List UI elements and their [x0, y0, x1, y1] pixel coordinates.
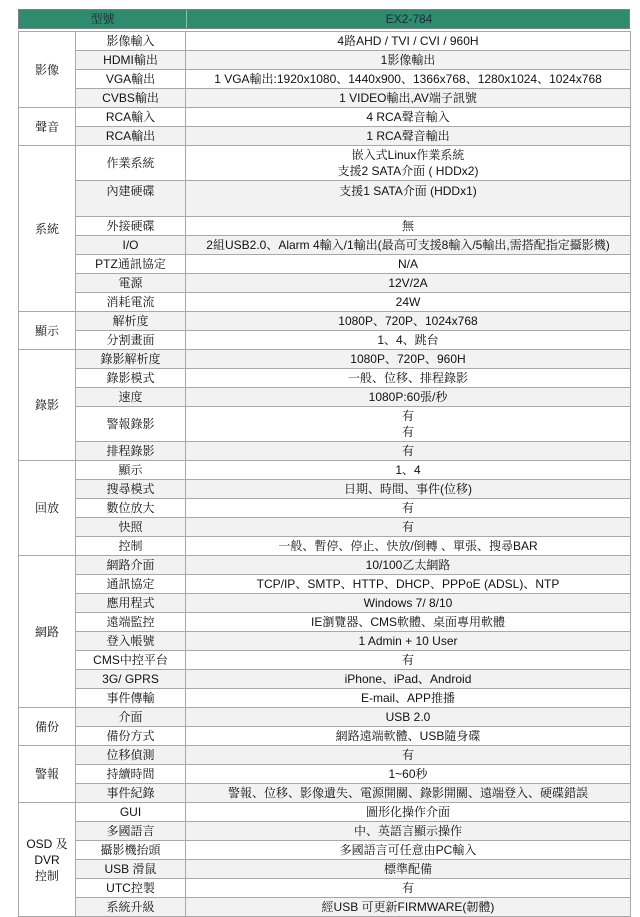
spec-value: E-mail、APP推播	[186, 689, 631, 708]
spec-value: 網路遠端軟體、USB隨身碟	[186, 727, 631, 746]
spec-value: 1~60秒	[186, 765, 631, 784]
spec-row: RCA輸出1 RCA聲音輸出	[19, 127, 631, 146]
spec-value: USB 2.0	[186, 708, 631, 727]
spec-label: 影像輸入	[76, 32, 186, 51]
spec-row: HDMI輸出1影像輸出	[19, 51, 631, 70]
spec-label: 電源	[76, 274, 186, 293]
category-cell: 回放	[19, 461, 76, 556]
spec-value: 一般、暫停、停止、快放/倒轉 、單張、搜尋BAR	[186, 537, 631, 556]
spec-label: 搜尋模式	[76, 480, 186, 499]
spec-value: 多國語言可任意由PC輸入	[186, 841, 631, 860]
spec-value: 一般、位移、排程錄影	[186, 369, 631, 388]
spec-value: 有有	[186, 407, 631, 442]
spec-value: 12V/2A	[186, 274, 631, 293]
spec-label: 事件傳輸	[76, 689, 186, 708]
spec-row: 警報錄影有有	[19, 407, 631, 442]
spec-value: N/A	[186, 255, 631, 274]
spec-value: 有	[186, 651, 631, 670]
spec-row: UTC控製有	[19, 879, 631, 898]
spec-value: 2組USB2.0、Alarm 4輸入/1輸出(最高可支援8輸入/5輸出,需搭配指…	[186, 236, 631, 255]
spec-row: 登入帳號1 Admin + 10 User	[19, 632, 631, 651]
spec-label: UTC控製	[76, 879, 186, 898]
spec-row: 消耗電流24W	[19, 293, 631, 312]
spec-value: 1 RCA聲音輸出	[186, 127, 631, 146]
spec-row: 多國語言中、英語言顯示操作	[19, 822, 631, 841]
spec-row: 備份介面USB 2.0	[19, 708, 631, 727]
spec-row: 顯示解析度1080P、720P、1024x768	[19, 312, 631, 331]
spec-label: 事件紀錄	[76, 784, 186, 803]
spec-value: 中、英語言顯示操作	[186, 822, 631, 841]
spec-label: 解析度	[76, 312, 186, 331]
spec-row: 搜尋模式日期、時間、事件(位移)	[19, 480, 631, 499]
spec-label: CMS中控平台	[76, 651, 186, 670]
model-label: 型號	[19, 10, 186, 28]
spec-value: 標準配備	[186, 860, 631, 879]
spec-row: OSD 及 DVR控制GUI圖形化操作介面	[19, 803, 631, 822]
spec-value: 警報、位移、影像遺失、電源開關、錄影開關、遠端登入、硬碟錯誤	[186, 784, 631, 803]
spec-label: 攝影機抬頭	[76, 841, 186, 860]
spec-row: 系統升級經USB 可更新FIRMWARE(韌體)	[19, 898, 631, 917]
spec-label: CVBS輸出	[76, 89, 186, 108]
spec-value: 4 RCA聲音輸入	[186, 108, 631, 127]
spec-label: 分割畫面	[76, 331, 186, 350]
spec-row: 外接硬碟無	[19, 217, 631, 236]
spec-row: 攝影機抬頭多國語言可任意由PC輸入	[19, 841, 631, 860]
spec-value: IE瀏覽器、CMS軟體、桌面專用軟體	[186, 613, 631, 632]
spec-label: RCA輸入	[76, 108, 186, 127]
spec-label: I/O	[76, 236, 186, 255]
spec-value: 有	[186, 442, 631, 461]
spec-label: RCA輸出	[76, 127, 186, 146]
category-cell: 系統	[19, 146, 76, 312]
spec-value: 圖形化操作介面	[186, 803, 631, 822]
spec-label: 警報錄影	[76, 407, 186, 442]
spec-value: 1、4、跳台	[186, 331, 631, 350]
spec-row: 網路網路介面10/100乙太網路	[19, 556, 631, 575]
spec-value: TCP/IP、SMTP、HTTP、DHCP、PPPoE (ADSL)、NTP	[186, 575, 631, 594]
spec-label: 排程錄影	[76, 442, 186, 461]
spec-label: 遠端監控	[76, 613, 186, 632]
spec-row: 回放顯示1、4	[19, 461, 631, 480]
spec-value: 有	[186, 499, 631, 518]
spec-value: 1 VGA輸出:1920x1080、1440x900、1366x768、1280…	[186, 70, 631, 89]
spec-row: 數位放大有	[19, 499, 631, 518]
spec-value: 1080P:60張/秒	[186, 388, 631, 407]
spec-row: 警報位移偵測有	[19, 746, 631, 765]
spec-label: HDMI輸出	[76, 51, 186, 70]
spec-label: 錄影模式	[76, 369, 186, 388]
category-cell: 聲音	[19, 108, 76, 146]
category-cell: 錄影	[19, 350, 76, 461]
spec-label: 錄影解析度	[76, 350, 186, 369]
spec-value: 嵌入式Linux作業系統支援2 SATA介面 ( HDDx2)	[186, 146, 631, 181]
spec-row: 電源12V/2A	[19, 274, 631, 293]
spec-row: CVBS輸出1 VIDEO輸出,AV端子訊號	[19, 89, 631, 108]
spec-label: 應用程式	[76, 594, 186, 613]
spec-row: CMS中控平台有	[19, 651, 631, 670]
spec-row: 應用程式Windows 7/ 8/10	[19, 594, 631, 613]
spec-value: 有	[186, 879, 631, 898]
spec-value: 有	[186, 746, 631, 765]
spec-row: 排程錄影有	[19, 442, 631, 461]
spec-row: USB 滑鼠標準配備	[19, 860, 631, 879]
spec-label: 作業系統	[76, 146, 186, 181]
model-value: EX2-784	[186, 10, 631, 28]
spec-row: 系統作業系統嵌入式Linux作業系統支援2 SATA介面 ( HDDx2)	[19, 146, 631, 181]
spec-value: 日期、時間、事件(位移)	[186, 480, 631, 499]
category-cell: 顯示	[19, 312, 76, 350]
spec-value: Windows 7/ 8/10	[186, 594, 631, 613]
category-cell: 警報	[19, 746, 76, 803]
spec-value: 10/100乙太網路	[186, 556, 631, 575]
spec-sheet: 型號 EX2-784 影像影像輸入4路AHD / TVI / CVI / 960…	[0, 0, 640, 917]
spec-value: 經USB 可更新FIRMWARE(韌體)	[186, 898, 631, 917]
spec-row: 分割畫面1、4、跳台	[19, 331, 631, 350]
category-cell: 備份	[19, 708, 76, 746]
spec-grid: 影像影像輸入4路AHD / TVI / CVI / 960HHDMI輸出1影像輸…	[18, 31, 631, 917]
spec-table-body: 影像影像輸入4路AHD / TVI / CVI / 960HHDMI輸出1影像輸…	[19, 32, 631, 917]
spec-label: 網路介面	[76, 556, 186, 575]
category-cell: OSD 及 DVR控制	[19, 803, 76, 917]
spec-row: 影像影像輸入4路AHD / TVI / CVI / 960H	[19, 32, 631, 51]
spec-label: 內建硬碟	[76, 181, 186, 217]
spec-value: 1影像輸出	[186, 51, 631, 70]
spec-row: 3G/ GPRSiPhone、iPad、Android	[19, 670, 631, 689]
spec-row: PTZ通訊協定N/A	[19, 255, 631, 274]
table-header-row: 型號 EX2-784	[18, 9, 630, 29]
spec-value: 支援1 SATA介面 (HDDx1)	[186, 181, 631, 217]
spec-label: USB 滑鼠	[76, 860, 186, 879]
spec-label: 多國語言	[76, 822, 186, 841]
spec-label: 登入帳號	[76, 632, 186, 651]
spec-label: 位移偵測	[76, 746, 186, 765]
spec-row: 持續時間1~60秒	[19, 765, 631, 784]
spec-value: 1080P、720P、1024x768	[186, 312, 631, 331]
spec-value: 4路AHD / TVI / CVI / 960H	[186, 32, 631, 51]
spec-label: 3G/ GPRS	[76, 670, 186, 689]
category-cell: 影像	[19, 32, 76, 108]
spec-row: VGA輸出1 VGA輸出:1920x1080、1440x900、1366x768…	[19, 70, 631, 89]
spec-value: 無	[186, 217, 631, 236]
spec-row: 快照有	[19, 518, 631, 537]
spec-table: 型號 EX2-784 影像影像輸入4路AHD / TVI / CVI / 960…	[18, 9, 630, 917]
spec-label: VGA輸出	[76, 70, 186, 89]
spec-label: 快照	[76, 518, 186, 537]
spec-row: 通訊協定TCP/IP、SMTP、HTTP、DHCP、PPPoE (ADSL)、N…	[19, 575, 631, 594]
spec-label: 介面	[76, 708, 186, 727]
spec-row: 事件傳輸E-mail、APP推播	[19, 689, 631, 708]
spec-label: 持續時間	[76, 765, 186, 784]
spec-row: 錄影錄影解析度1080P、720P、960H	[19, 350, 631, 369]
category-cell: 網路	[19, 556, 76, 708]
spec-label: 數位放大	[76, 499, 186, 518]
spec-label: PTZ通訊協定	[76, 255, 186, 274]
spec-row: 速度1080P:60張/秒	[19, 388, 631, 407]
spec-value: iPhone、iPad、Android	[186, 670, 631, 689]
spec-value: 有	[186, 518, 631, 537]
spec-label: 顯示	[76, 461, 186, 480]
spec-value: 1 VIDEO輸出,AV端子訊號	[186, 89, 631, 108]
spec-label: 速度	[76, 388, 186, 407]
spec-row: 控制一般、暫停、停止、快放/倒轉 、單張、搜尋BAR	[19, 537, 631, 556]
spec-row: 遠端監控IE瀏覽器、CMS軟體、桌面專用軟體	[19, 613, 631, 632]
spec-value: 1080P、720P、960H	[186, 350, 631, 369]
spec-label: GUI	[76, 803, 186, 822]
spec-value: 1、4	[186, 461, 631, 480]
spec-label: 外接硬碟	[76, 217, 186, 236]
spec-label: 控制	[76, 537, 186, 556]
spec-row: 錄影模式一般、位移、排程錄影	[19, 369, 631, 388]
spec-row: 備份方式網路遠端軟體、USB隨身碟	[19, 727, 631, 746]
spec-label: 備份方式	[76, 727, 186, 746]
spec-row: 內建硬碟支援1 SATA介面 (HDDx1)	[19, 181, 631, 217]
spec-label: 消耗電流	[76, 293, 186, 312]
spec-row: 聲音RCA輸入4 RCA聲音輸入	[19, 108, 631, 127]
spec-row: I/O2組USB2.0、Alarm 4輸入/1輸出(最高可支援8輸入/5輸出,需…	[19, 236, 631, 255]
spec-label: 通訊協定	[76, 575, 186, 594]
spec-row: 事件紀錄警報、位移、影像遺失、電源開關、錄影開關、遠端登入、硬碟錯誤	[19, 784, 631, 803]
spec-value: 1 Admin + 10 User	[186, 632, 631, 651]
spec-label: 系統升級	[76, 898, 186, 917]
spec-value: 24W	[186, 293, 631, 312]
